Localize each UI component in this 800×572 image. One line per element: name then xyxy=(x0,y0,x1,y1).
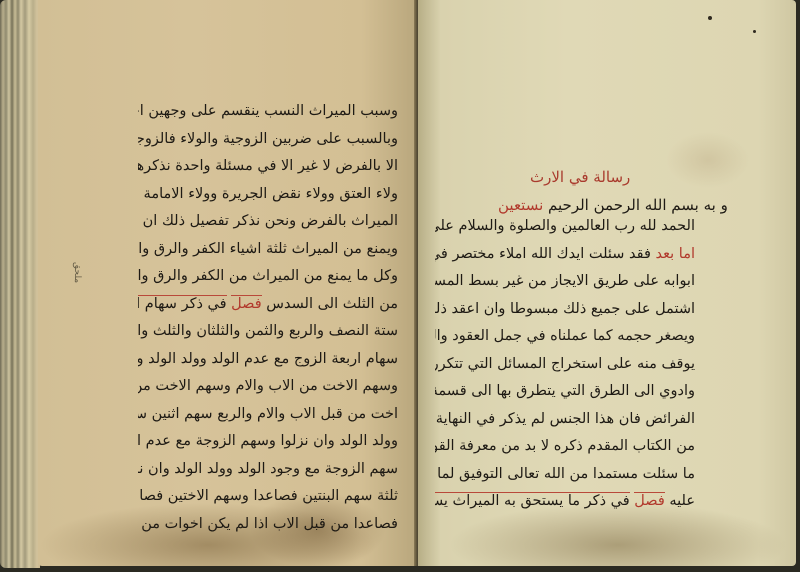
basmala-suffix: نستعين xyxy=(498,196,543,214)
text-line: ستة النصف والربع والثمن والثلثان والثلث … xyxy=(138,318,398,346)
text-line: اخت من قبل الاب والام والربع سهم اثنين س… xyxy=(138,401,398,429)
text-line: وبالسبب على ضربين الزوجية والولاء فالزوج… xyxy=(138,126,398,154)
text-line: وكل ما يمنع من الميراث من الكفر والرق وا… xyxy=(138,263,398,291)
text-line: ويمنع من الميراث ثلثة اشياء الكفر والرق … xyxy=(138,236,398,264)
treatise-title: رسالة في الارث xyxy=(530,168,630,186)
right-page: رسالة في الارث و به بسم الله الرحمن الرح… xyxy=(418,0,796,566)
text-line: وسهم الاخت من الاب والام وسهم الاخت من ق… xyxy=(138,373,398,401)
left-page: ملحق وسبب الميراث النسب ينقسم على وجهين … xyxy=(38,0,418,566)
line-text: الميراث بالفرض ونحن نذكر تفصيل ذلك ان شا… xyxy=(138,213,398,229)
basmala-line: و به بسم الله الرحمن الرحيم نستعين xyxy=(498,196,728,214)
text-line: عليه فصل في ذكر ما يستحق به الميراث يستح… xyxy=(435,488,695,516)
basmala: بسم الله الرحمن الرحيم xyxy=(548,196,699,214)
rubric-heading: فصل xyxy=(231,295,262,312)
margin-note: ملحق xyxy=(72,262,82,283)
text-line: فصاعدا من قبل الاب اذا لم يكن اخوات من ق… xyxy=(138,511,398,539)
line-text: فقد سئلت ايدك الله املاء مختصر في الفرائ… xyxy=(435,246,651,262)
text-line: من الثلث الى السدس فصل في ذكر سهام الموا… xyxy=(138,291,398,319)
text-line: الفرائض فان هذا الجنس لم يذكر في النهاية… xyxy=(435,406,695,434)
text-line: وادوي الى الطرق التي يتطرق بها الى قسمة … xyxy=(435,378,695,406)
text-line: اشتمل على جميع ذلك مبسوطا وان اعقد ذلك ع… xyxy=(435,296,695,324)
text-line: ابوابه على طريق الايجاز من غير بسط المسا… xyxy=(435,268,695,296)
text-line: الا بالفرض لا غير الا في مسئلة واحدة نذك… xyxy=(138,153,398,181)
text-line: اما بعد فقد سئلت ايدك الله املاء مختصر ف… xyxy=(435,241,695,269)
line-text: في ذكر سهام المواريث سهام المواريث xyxy=(138,295,227,312)
text-line: من الكتاب المقدم ذكره لا بد من معرفة الق… xyxy=(435,433,695,461)
line-text: من الثلث الى السدس xyxy=(266,296,398,312)
text-line: يوقف منه على استخراج المسائل التي تتكرر … xyxy=(435,351,695,379)
line-text: عليه xyxy=(669,493,695,509)
left-page-text: وسبب الميراث النسب ينقسم على وجهين احدهم… xyxy=(138,98,398,538)
text-line: ويصغر حجمه كما عملناه في جمل العقود والع… xyxy=(435,323,695,351)
text-line: ما سئلت مستمدا من الله تعالى التوفيق لما… xyxy=(435,461,695,489)
text-line: وولد الولد وان نزلوا وسهم الزوجة مع عدم … xyxy=(138,428,398,456)
paper-speck xyxy=(753,30,756,33)
text-line: الميراث بالفرض ونحن نذكر تفصيل ذلك ان شا… xyxy=(138,208,398,236)
text-line: ثلثة سهم البنتين فصاعدا وسهم الاختين فصا… xyxy=(138,483,398,511)
rubric-heading: فصل xyxy=(634,492,665,509)
text-line: ولاء العتق وولاء نقض الجريرة وولاء الاما… xyxy=(138,181,398,209)
rubric-heading: اما بعد xyxy=(656,246,695,262)
text-line: وسبب الميراث النسب ينقسم على وجهين احدهم… xyxy=(138,98,398,126)
line-text: في ذكر ما يستحق به الميراث يستحق الميراث… xyxy=(435,492,630,509)
paper-speck xyxy=(708,16,712,20)
text-line: سهم الزوجة مع وجود الولد وولد الولد وان … xyxy=(138,456,398,484)
manuscript-spread: ملحق وسبب الميراث النسب ينقسم على وجهين … xyxy=(0,0,800,572)
text-line: الحمد لله رب العالمين والصلوة والسلام عل… xyxy=(435,213,695,241)
closed-page-edges xyxy=(0,0,40,568)
text-line: سهام اربعة الزوج مع عدم الولد وولد الولد… xyxy=(138,346,398,374)
right-page-text: الحمد لله رب العالمين والصلوة والسلام عل… xyxy=(435,213,695,516)
basmala-prefix: و به xyxy=(704,196,728,214)
